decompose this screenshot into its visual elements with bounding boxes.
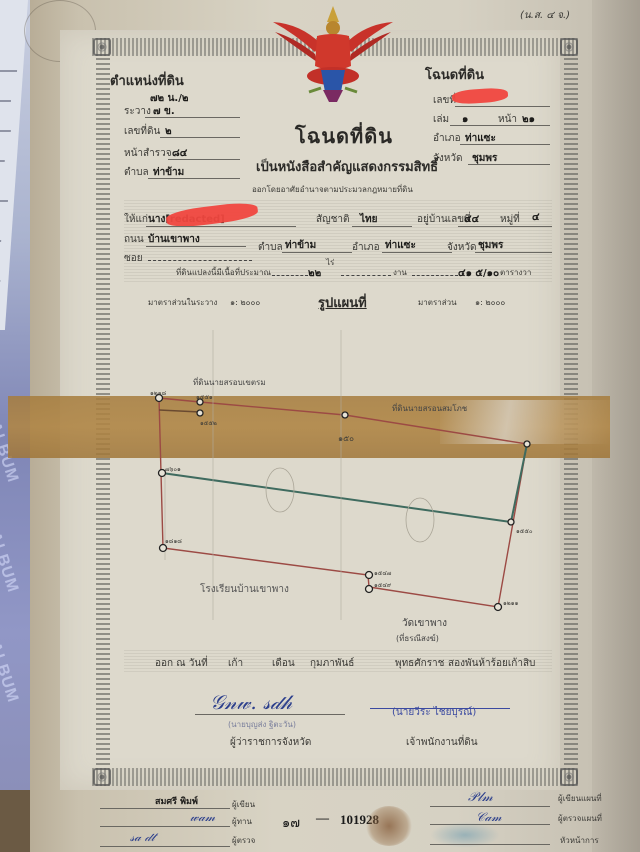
- issue-year: สองพันห้าร้อยเก้าสิบ: [448, 656, 535, 671]
- map-road-label: โรงเรียนบ้านเขาพาง: [200, 582, 289, 597]
- issue-prefix: ออก ณ วันที่: [155, 656, 208, 671]
- corner-code: ๑๒๑๘: [150, 388, 166, 398]
- printer-name: สมศรี พิมพ์: [155, 794, 198, 808]
- corner-code: ๑๘๑๘: [165, 536, 182, 546]
- corner-code: ๑๕๕๑: [196, 392, 213, 402]
- parcel-map: [0, 0, 640, 852]
- corner-code: ๗๖๐๑: [165, 464, 181, 474]
- corner-code: ๑๒๑๑: [503, 598, 518, 608]
- corner-code: ๑๕๕๒: [200, 418, 217, 428]
- writer-label: ผู้เขียน: [232, 798, 255, 811]
- issue-month-label: เดือน: [272, 656, 295, 671]
- map-temple-label: วัดเขาพาง: [402, 616, 447, 631]
- issue-day: เก้า: [228, 656, 243, 671]
- governor-signature: 𝒢𝓃𝓌. 𝓈𝒹𝒽: [210, 690, 292, 714]
- section-head-label: หัวหน้าการ: [560, 834, 599, 847]
- map-writer-signature: 𝒫𝓁𝓂: [468, 790, 493, 805]
- map-writer-label: ผู้เขียนแผนที่: [558, 792, 602, 805]
- map-temple-sub: (ที่ธรณีสงฆ์): [396, 632, 439, 645]
- coffee-stain: [366, 806, 412, 846]
- serial-prefix: ๑๗: [282, 812, 300, 833]
- map-note-right: ที่ดินนายสรอนสมโภช: [392, 402, 467, 415]
- checker-label: ผู้ตรวจ: [232, 834, 255, 847]
- issue-year-label: พุทธศักราช: [395, 656, 444, 671]
- corner-code: ๑๕๔๗: [374, 568, 391, 578]
- serial-dash: —: [316, 810, 329, 826]
- map-note-top: ที่ดินนายสรอบเขตรม: [193, 376, 266, 389]
- map-checker-label: ผู้ตรวจแผนที่: [558, 812, 602, 825]
- map-marker-center: ๑๕๐: [338, 432, 354, 445]
- officer-title: เจ้าพนักงานที่ดิน: [406, 735, 478, 750]
- writer-signature: 𝓌𝒶𝓂: [190, 810, 215, 825]
- officer-name-stamp: (นายวีระ ไชยบุรณ์): [392, 705, 476, 720]
- copier-label: ผู้ทาน: [232, 815, 252, 828]
- corner-code: ๑๕๕๐: [516, 526, 533, 536]
- corner-code: ๑๕๔๙: [374, 580, 391, 590]
- governor-title: ผู้ว่าราชการจังหวัด: [230, 735, 311, 750]
- issue-month: กุมภาพันธ์: [310, 656, 354, 671]
- governor-name-stamp: (นายบุญส่ง ฐิตะวัน): [228, 718, 296, 731]
- checker-signature: 𝓈𝒶 𝒹𝓉: [130, 830, 155, 845]
